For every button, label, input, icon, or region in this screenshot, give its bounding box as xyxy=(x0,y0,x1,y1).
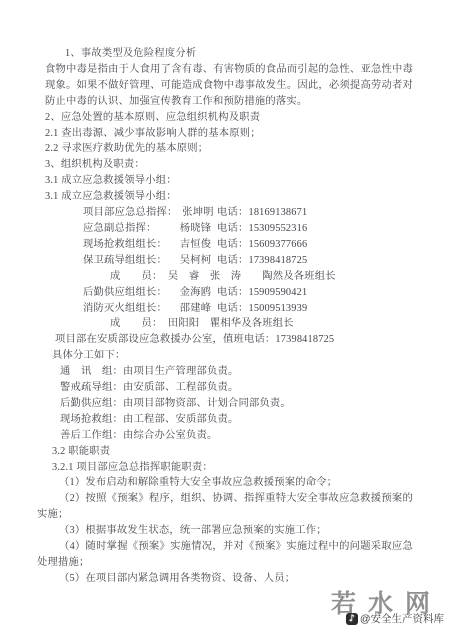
role-label: 项目部应急总指挥： xyxy=(83,205,177,221)
watermark: 若水网 ♪ @安全生产资料库 xyxy=(324,584,444,628)
heading-section-3: 3、组织机构及职责： xyxy=(45,157,413,173)
division-line: 通 讯 组：由项目生产管理部负责。 xyxy=(45,364,413,380)
role-label: 后勤供应组组长： xyxy=(83,285,175,301)
principle-2-1: 2.1 查出毒源、减少事故影响人群的基本原则； xyxy=(45,126,413,142)
heading-3-2-1: 3.2.1 项目部应急总指挥职能职责： xyxy=(45,460,413,476)
person-name: 张坤明 xyxy=(182,205,214,221)
division-line: 善后工作组：由综合办公室负责。 xyxy=(45,428,413,444)
role-label: 消防灭火组组长： xyxy=(83,301,175,317)
roster-row: 项目部应急总指挥： 张坤明 电话：18169138671 xyxy=(45,205,413,221)
duty-item: （4）随时掌握《预案》实施情况，并对《预案》实施过程中的问题采取应急处理措施； xyxy=(37,539,413,571)
division-line: 现场抢救组：由工程部、安质部负责。 xyxy=(45,412,413,428)
watermark-handle-row: ♪ @安全生产资料库 xyxy=(346,611,444,626)
heading-3-2: 3.2 职能职责 xyxy=(45,444,413,460)
role-label: 应急副总指挥： xyxy=(83,221,175,237)
duty-item: （1）发布启动和解除重特大安全事故应急救援预案的命令； xyxy=(37,475,413,491)
phone-number: 电话：17398418725 xyxy=(217,253,307,269)
role-label: 保卫疏导组组长： xyxy=(83,253,175,269)
person-name: 吴柯柯 xyxy=(180,253,212,269)
duty-item: （3）根据事故发生状态，统一部署应急预案的实施工作； xyxy=(37,523,413,539)
heading-section-2: 2、应急处置的基本原则、应急组织机构及职责 xyxy=(45,110,413,126)
roster-row: 后勤供应组组长： 金海鸥 电话：15909590421 xyxy=(45,285,413,301)
heading-section-1: 1、事故类型及危险程度分析 xyxy=(45,46,413,62)
phone-number: 电话：15009513939 xyxy=(217,301,307,317)
person-name: 吉恒俊 xyxy=(180,237,212,253)
person-name: 邵建峰 xyxy=(180,301,212,317)
roster-row: 保卫疏导组组长： 吴柯柯 电话：17398418725 xyxy=(45,253,413,269)
person-name: 金海鸥 xyxy=(180,285,212,301)
roster-row: 应急副总指挥： 杨晓锋 电话：15309552316 xyxy=(45,221,413,237)
phone-number: 电话：15609377666 xyxy=(217,237,307,253)
role-label: 现场抢救组组长： xyxy=(83,237,175,253)
heading-3-1: 3.1 成立应急救援领导小组： xyxy=(45,173,413,189)
phone-number: 电话：18169138671 xyxy=(217,205,307,221)
intro-paragraph: 食物中毒是指由于人食用了含有毒、有害物质的食品而引起的急性、亚急性中毒现象。如果… xyxy=(45,62,413,110)
roster-row: 现场抢救组组长： 吉恒俊 电话：15609377666 xyxy=(45,237,413,253)
douyin-logo-icon: ♪ xyxy=(346,613,358,625)
office-line: 项目部在安质部设应急救援办公室，值班电话：17398418725 xyxy=(45,332,413,348)
roster-row: 消防灭火组组长： 邵建峰 电话：15009513939 xyxy=(45,301,413,317)
watermark-handle: @安全生产资料库 xyxy=(360,611,444,626)
members-line: 成 员： 吴 睿 张 涛 陶然及各班组长 xyxy=(45,269,413,285)
duty-item: （2）按照《预案》程序，组织、协调、指挥重特大安全事故应急救援预案的实施； xyxy=(37,491,413,523)
division-line: 后勤供应组：由项目部物资部、计划合同部负责。 xyxy=(45,396,413,412)
phone-number: 电话：15309552316 xyxy=(217,221,307,237)
person-name: 杨晓锋 xyxy=(180,221,212,237)
principle-2-2: 2.2 寻求医疗救助优先的基本原则； xyxy=(45,141,413,157)
phone-number: 电话：15909590421 xyxy=(217,285,307,301)
heading-3-1-repeat: 3.1 成立应急救援领导小组： xyxy=(45,189,413,205)
members-line: 成 员： 田阳阳 瞿相华及各班组长 xyxy=(45,316,413,332)
division-intro: 具体分工如下： xyxy=(45,348,413,364)
division-line: 警戒疏导组：由安质部、工程部负责。 xyxy=(45,380,413,396)
document-page: 1、事故类型及危险程度分析 食物中毒是指由于人食用了含有毒、有害物质的食品而引起… xyxy=(0,0,450,636)
